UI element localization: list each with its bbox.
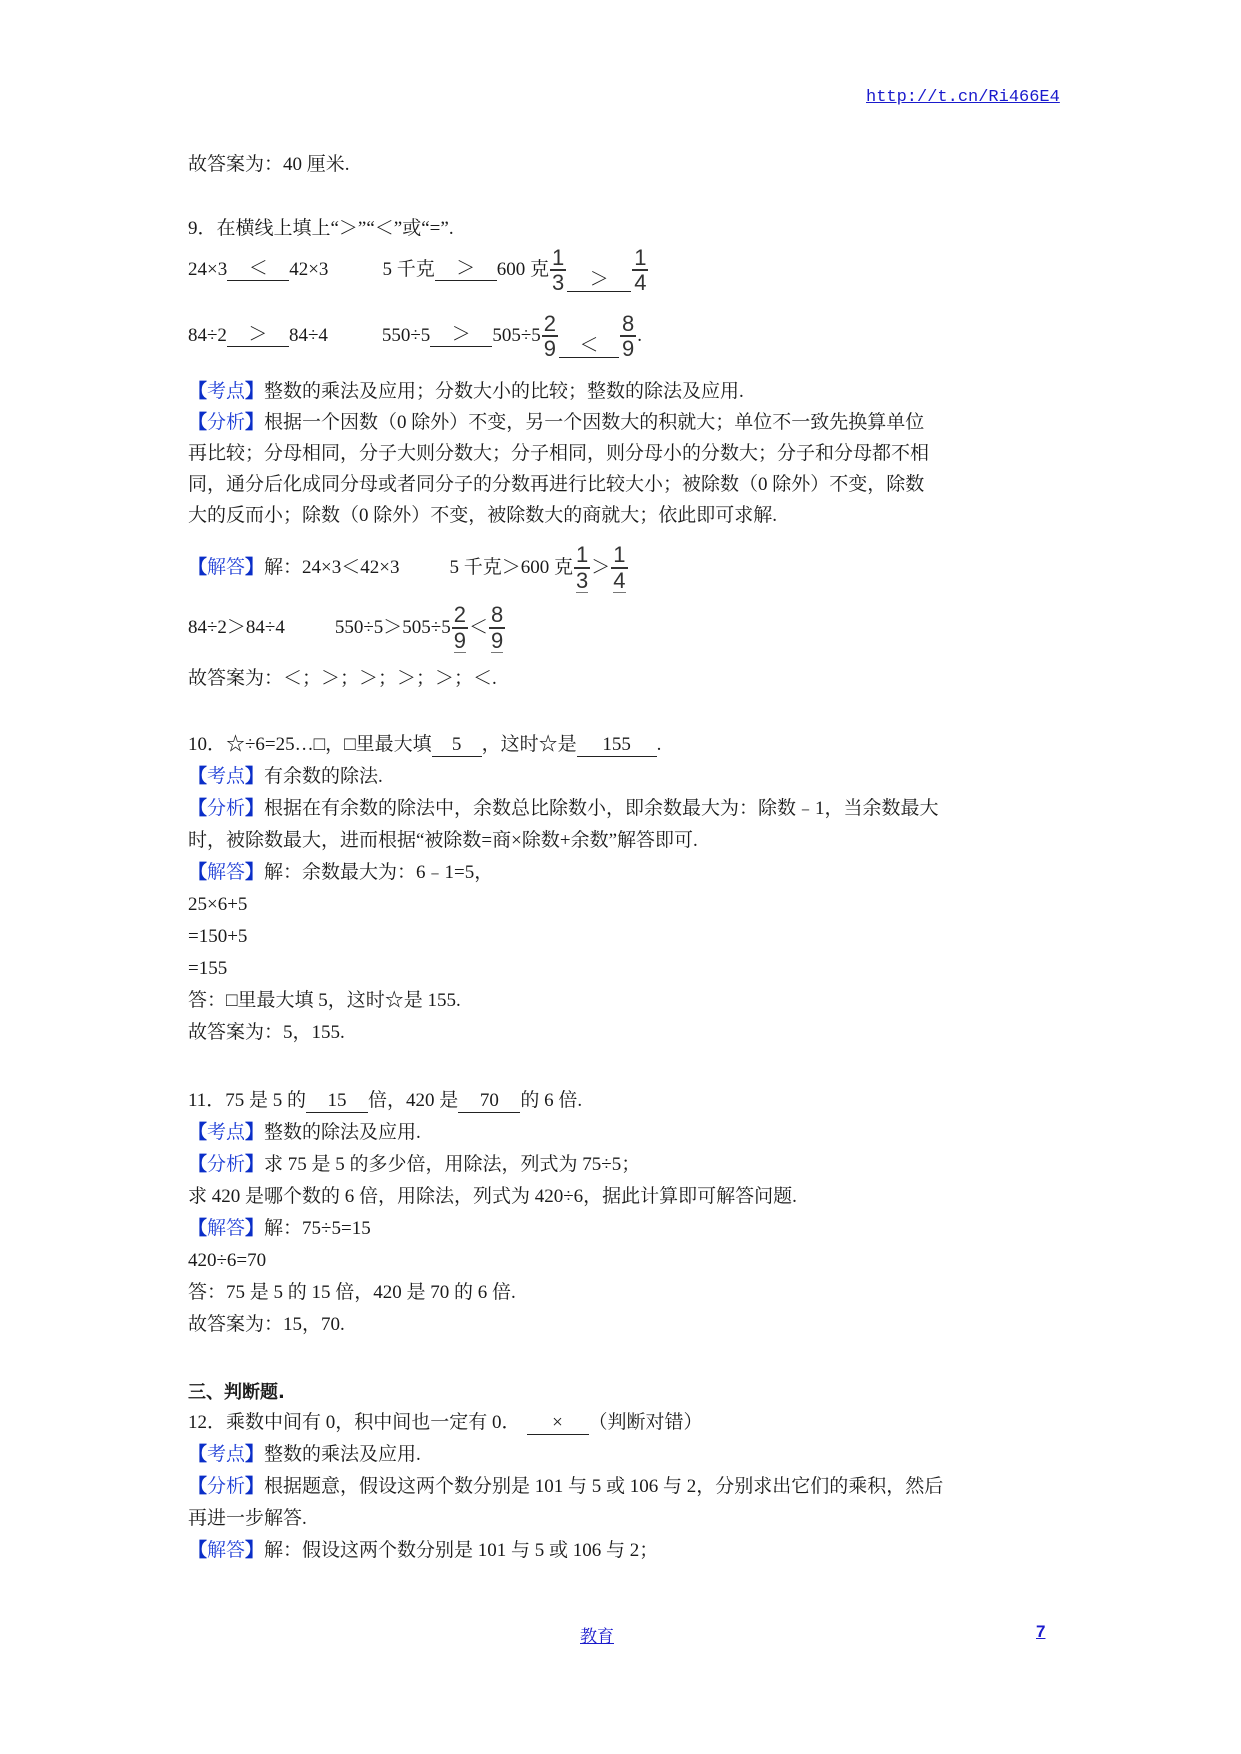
q11-answer: 故答案为：15，70. — [188, 1314, 345, 1337]
section-3-title: 三、判断题. — [188, 1382, 285, 1404]
q9-r1-b-left: 5 千克 — [382, 259, 434, 282]
header-url-link[interactable]: http://t.cn/Ri466E4 — [866, 88, 1060, 107]
q9-r1-frac1: 13 — [550, 246, 566, 294]
q9-r2-end: . — [637, 325, 642, 348]
q12-title: 12．乘数中间有 0，积中间也一定有 0．×（判断对错） — [188, 1412, 703, 1435]
q9-r2-b-left: 550÷5 — [382, 325, 430, 348]
q11-blank1: 15 — [306, 1091, 368, 1113]
q12-jieda: 【解答】解：假设这两个数分别是 101 与 5 或 106 与 2； — [188, 1540, 658, 1563]
q9-r1-frac2: 14 — [632, 246, 648, 294]
q10-step-3: =155 — [188, 958, 227, 981]
q9-kaodian: 【考点】整数的乘法及应用；分数大小的比较；整数的除法及应用. — [188, 381, 744, 404]
q9-row2: 84÷2 ＞ 84÷4 550÷5 ＞ 505÷5 29 ＜ 89 . — [188, 306, 642, 366]
q12-blank: × — [527, 1413, 589, 1435]
q9-r1-a-right: 42×3 — [289, 259, 328, 282]
q10-jieda: 【解答】解：余数最大为：6﹣1=5， — [188, 862, 493, 885]
q9-r2-a-blank: ＞ — [227, 325, 289, 347]
fenxi-tag: 【分析】 — [188, 412, 264, 433]
q9-jieda-1: 【解答】 解：24×3＜42×3 5 千克＞600 克 13 ＞ 14 — [188, 540, 629, 596]
q10-title: 10．☆÷6=25…□，□里最大填5，这时☆是155. — [188, 734, 661, 757]
q10-blank1: 5 — [432, 735, 482, 757]
q10-fenxi-1: 【分析】根据在有余数的除法中，余数总比除数小，即余数最大为：除数﹣1，当余数最大 — [188, 798, 939, 821]
q10-answer: 故答案为：5，155. — [188, 1022, 345, 1045]
q9-r1-c-blank: ＞ — [567, 270, 631, 292]
q9-r1-a-left: 24×3 — [188, 259, 227, 282]
q9-jieda-frac1: 13 — [574, 543, 590, 592]
q9-r2-frac2: 89 — [620, 312, 636, 360]
footer-link[interactable]: 教育 — [580, 1622, 614, 1647]
q9-r2-b-blank: ＞ — [430, 325, 492, 347]
q9-jieda-frac2: 14 — [611, 543, 627, 592]
q9-r2-c-blank: ＜ — [559, 336, 619, 358]
q9-r2-b-right: 505÷5 — [492, 325, 540, 348]
prev-answer: 故答案为：40 厘米. — [188, 154, 350, 177]
q9-fenxi-3: 同，通分后化成同分母或者同分子的分数再进行比较大小；被除数（0 除外）不变，除数 — [188, 474, 924, 497]
q9-jieda-frac4: 89 — [489, 603, 505, 652]
q11-blank2: 70 — [458, 1091, 520, 1113]
q12-fenxi-1: 【分析】根据题意，假设这两个数分别是 101 与 5 或 106 与 2，分别求… — [188, 1476, 943, 1499]
q9-r2-a-right: 84÷4 — [289, 325, 328, 348]
q9-row1: 24×3 ＜ 42×3 5 千克 ＞ 600 克 13 ＞ 14 — [188, 240, 649, 300]
q9-jieda-2: 84÷2＞84÷4 550÷5＞505÷5 29 ＜ 89 — [188, 600, 506, 656]
q9-r1-b-right: 600 克 — [497, 259, 549, 282]
q9-answer: 故答案为：＜；＞；＞；＞；＞；＜. — [188, 668, 497, 691]
q10-kaodian: 【考点】有余数的除法. — [188, 766, 383, 789]
q9-r2-frac1: 29 — [542, 312, 558, 360]
q11-title: 11．75 是 5 的15倍，420 是70的 6 倍. — [188, 1090, 582, 1113]
q9-fenxi-4: 大的反而小；除数（0 除外）不变，被除数大的商就大；依此即可求解. — [188, 505, 777, 528]
q10-step-1: 25×6+5 — [188, 894, 247, 917]
q11-fenxi-1: 【分析】求 75 是 5 的多少倍，用除法，列式为 75÷5； — [188, 1154, 640, 1177]
q11-da: 答：75 是 5 的 15 倍，420 是 70 的 6 倍. — [188, 1282, 516, 1305]
q10-step-2: =150+5 — [188, 926, 247, 949]
q9-r2-a-left: 84÷2 — [188, 325, 227, 348]
q10-fenxi-2: 时，被除数最大，进而根据“被除数=商×除数+余数”解答即可. — [188, 830, 698, 853]
q9-title: 9．在横线上填上“＞”“＜”或“=”. — [188, 218, 454, 241]
q12-kaodian: 【考点】整数的乘法及应用. — [188, 1444, 421, 1467]
q12-fenxi-2: 再进一步解答. — [188, 1508, 307, 1531]
q11-kaodian: 【考点】整数的除法及应用. — [188, 1122, 421, 1145]
kaodian-tag: 【考点】 — [188, 381, 264, 402]
q9-fenxi-1: 【分析】根据一个因数（0 除外）不变，另一个因数大的积就大；单位不一致先换算单位 — [188, 412, 924, 435]
q9-jieda-frac3: 29 — [452, 603, 468, 652]
q10-da: 答：□里最大填 5，这时☆是 155. — [188, 990, 461, 1013]
q10-blank2: 155 — [577, 735, 657, 757]
q9-fenxi-2: 再比较；分母相同，分子大则分数大；分子相同，则分母小的分数大；分子和分母都不相 — [188, 443, 929, 466]
q9-r1-a-blank: ＜ — [227, 259, 289, 281]
page-number[interactable]: 7 — [1036, 1622, 1045, 1642]
q11-fenxi-2: 求 420 是哪个数的 6 倍，用除法，列式为 420÷6，据此计算即可解答问题… — [188, 1186, 797, 1209]
q9-r1-b-blank: ＞ — [435, 259, 497, 281]
jieda-tag: 【解答】 — [188, 557, 264, 580]
q11-step-1: 420÷6=70 — [188, 1250, 266, 1273]
q11-jieda: 【解答】解：75÷5=15 — [188, 1218, 371, 1241]
